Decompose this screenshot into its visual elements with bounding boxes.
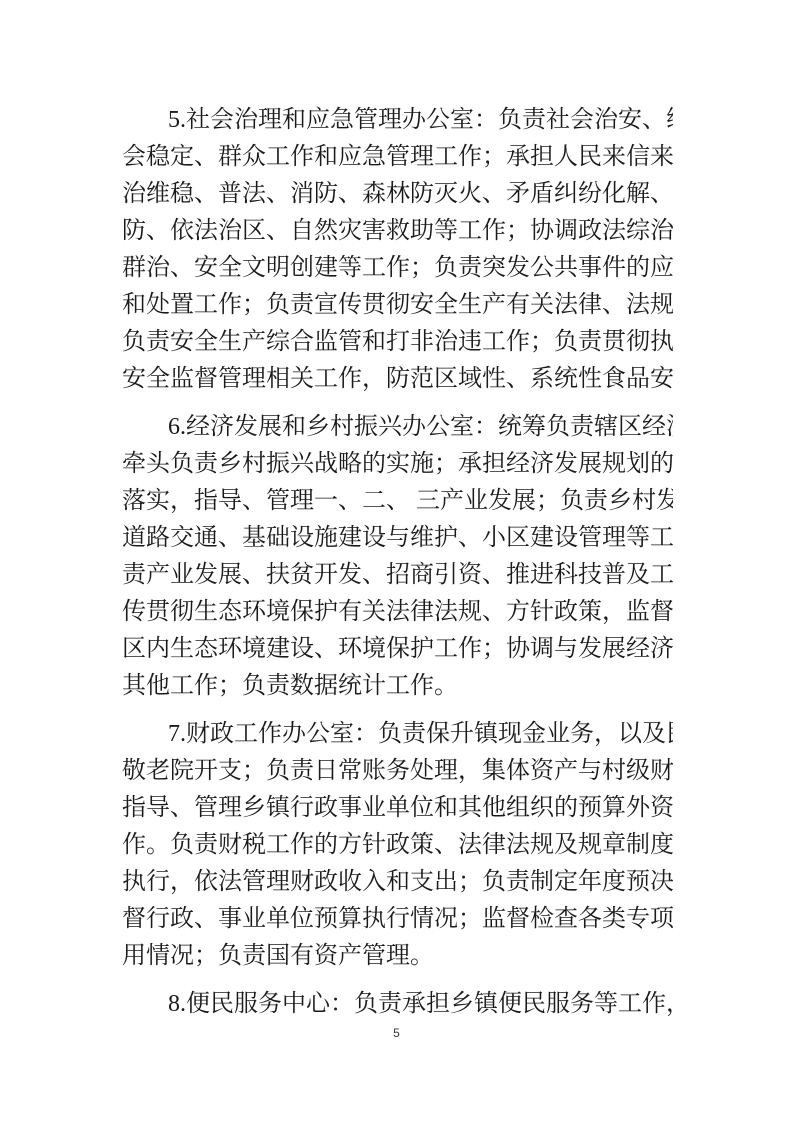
- document-page: 5.社会治理和应急管理办公室：负责社会治安、维护社 会稳定、群众工作和应急管理工…: [0, 0, 793, 1122]
- text-line: 区内生态环境建设、环境保护工作；协调与发展经济相关的: [122, 631, 673, 668]
- paragraph-social-governance-office: 5.社会治理和应急管理办公室：负责社会治安、维护社 会稳定、群众工作和应急管理工…: [122, 102, 673, 398]
- document-body: 5.社会治理和应急管理办公室：负责社会治安、维护社 会稳定、群众工作和应急管理工…: [122, 102, 673, 1034]
- text-line: 其他工作；负责数据统计工作。: [122, 668, 673, 705]
- text-line: 用情况；负责国有资产管理。: [122, 938, 673, 975]
- text-line: 7.财政工作办公室：负责保升镇现金业务，以及民政、: [122, 716, 673, 753]
- text-line: 责产业发展、扶贫开发、招商引资、推进科技普及工作；宣: [122, 557, 673, 594]
- text-line: 负责安全生产综合监管和打非治违工作；负责贯彻执行食品: [122, 324, 673, 361]
- paragraph-finance-office: 7.财政工作办公室：负责保升镇现金业务，以及民政、 敬老院开支；负责日常账务处理…: [122, 716, 673, 975]
- text-line: 和处置工作；负责宣传贯彻安全生产有关法律、法规、政策；: [122, 287, 673, 324]
- paragraph-economic-development-office: 6.经济发展和乡村振兴办公室：统筹负责辖区经济发展， 牵头负责乡村振兴战略的实施…: [122, 409, 673, 705]
- text-line: 群治、安全文明创建等工作；负责突发公共事件的应急管理: [122, 250, 673, 287]
- text-line: 安全监督管理相关工作，防范区域性、系统性食品安全风险。: [122, 361, 673, 398]
- text-line: 5.社会治理和应急管理办公室：负责社会治安、维护社: [122, 102, 673, 139]
- text-line: 传贯彻生态环境保护有关法律法规、方针政策，监督管理辖: [122, 594, 673, 631]
- text-line: 执行，依法管理财政收入和支出；负责制定年度预决算，监: [122, 864, 673, 901]
- text-line: 会稳定、群众工作和应急管理工作；承担人民来信来访、综: [122, 139, 673, 176]
- text-line: 牵头负责乡村振兴战略的实施；承担经济发展规划的制定和: [122, 446, 673, 483]
- page-number: 5: [0, 1026, 793, 1040]
- text-line: 敬老院开支；负责日常账务处理，集体资产与村级财务管理: [122, 753, 673, 790]
- text-line: 落实，指导、管理一、二、 三产业发展；负责乡村发展、: [122, 483, 673, 520]
- text-line: 防、依法治区、自然灾害救助等工作；协调政法综治、群防: [122, 213, 673, 250]
- paragraph-service-center: 8.便民服务中心：负责承担乡镇便民服务等工作，组织: [122, 986, 673, 1023]
- text-line: 指导、管理乡镇行政事业单位和其他组织的预算外资金等工: [122, 790, 673, 827]
- text-line: 8.便民服务中心：负责承担乡镇便民服务等工作，组织: [122, 986, 673, 1023]
- text-line: 道路交通、基础设施建设与维护、小区建设管理等工作；负: [122, 520, 673, 557]
- text-line: 督行政、事业单位预算执行情况；监督检查各类专项资金使: [122, 901, 673, 938]
- text-line: 6.经济发展和乡村振兴办公室：统筹负责辖区经济发展，: [122, 409, 673, 446]
- text-line: 治维稳、普法、消防、森林防灭火、矛盾纠纷化解、治安联: [122, 176, 673, 213]
- text-line: 作。负责财税工作的方针政策、法律法规及规章制度的贯彻: [122, 827, 673, 864]
